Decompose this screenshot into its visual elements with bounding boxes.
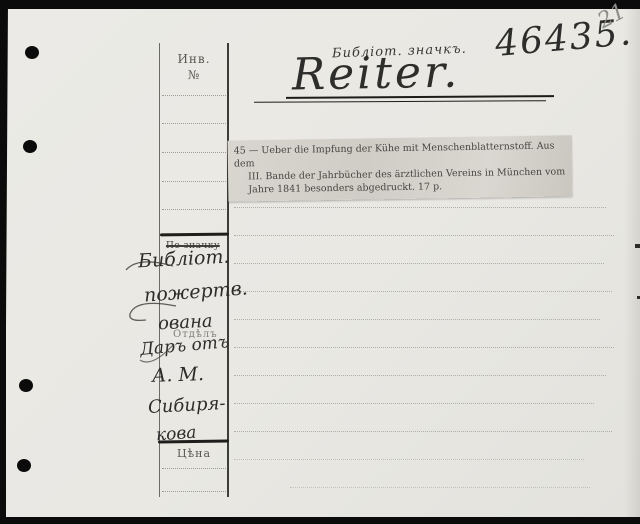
column-dotted-rule — [162, 181, 226, 182]
inventory-number-sign: № — [160, 68, 228, 82]
ruled-line — [234, 347, 614, 348]
ruled-line — [234, 319, 600, 320]
scan-fleck — [635, 244, 640, 248]
card-right-edge-shadow — [624, 9, 640, 517]
inventory-label: Инв. — [160, 52, 228, 66]
ruled-line — [234, 403, 594, 404]
column-dotted-rule — [162, 468, 226, 469]
column-dotted-rule — [162, 95, 226, 96]
column-dotted-rule — [162, 152, 226, 153]
punch-hole — [17, 459, 31, 472]
scan-border-top — [0, 0, 640, 9]
column-handwriting: кова — [155, 423, 197, 446]
ruled-line — [234, 235, 614, 236]
column-handwriting: Сибиря- — [148, 393, 226, 418]
ruled-line — [234, 207, 606, 208]
punch-hole — [23, 140, 37, 153]
ruled-line — [290, 487, 590, 488]
column-dotted-rule — [162, 491, 226, 492]
ruled-line — [234, 459, 584, 460]
ruled-line — [234, 291, 612, 292]
printed-clipping: 45 — Ueber die Impfung der Kühe mit Mens… — [228, 135, 573, 201]
scanned-catalog-card: Инв. № По значку Отдѣлъ Цѣна 46435. 21 Б… — [0, 0, 640, 524]
ink-flourish — [118, 248, 178, 378]
author-name-handwritten: Reiter. — [292, 47, 461, 101]
ruled-line — [234, 263, 604, 264]
punch-hole — [19, 379, 33, 392]
price-label: Цѣна — [160, 447, 228, 460]
scan-border-bottom — [0, 517, 640, 524]
ruled-line — [234, 375, 606, 376]
ruled-line — [234, 431, 612, 432]
column-dotted-rule — [162, 209, 226, 210]
column-right-rule — [227, 43, 229, 497]
punch-hole — [25, 46, 39, 59]
column-dotted-rule — [162, 123, 226, 124]
